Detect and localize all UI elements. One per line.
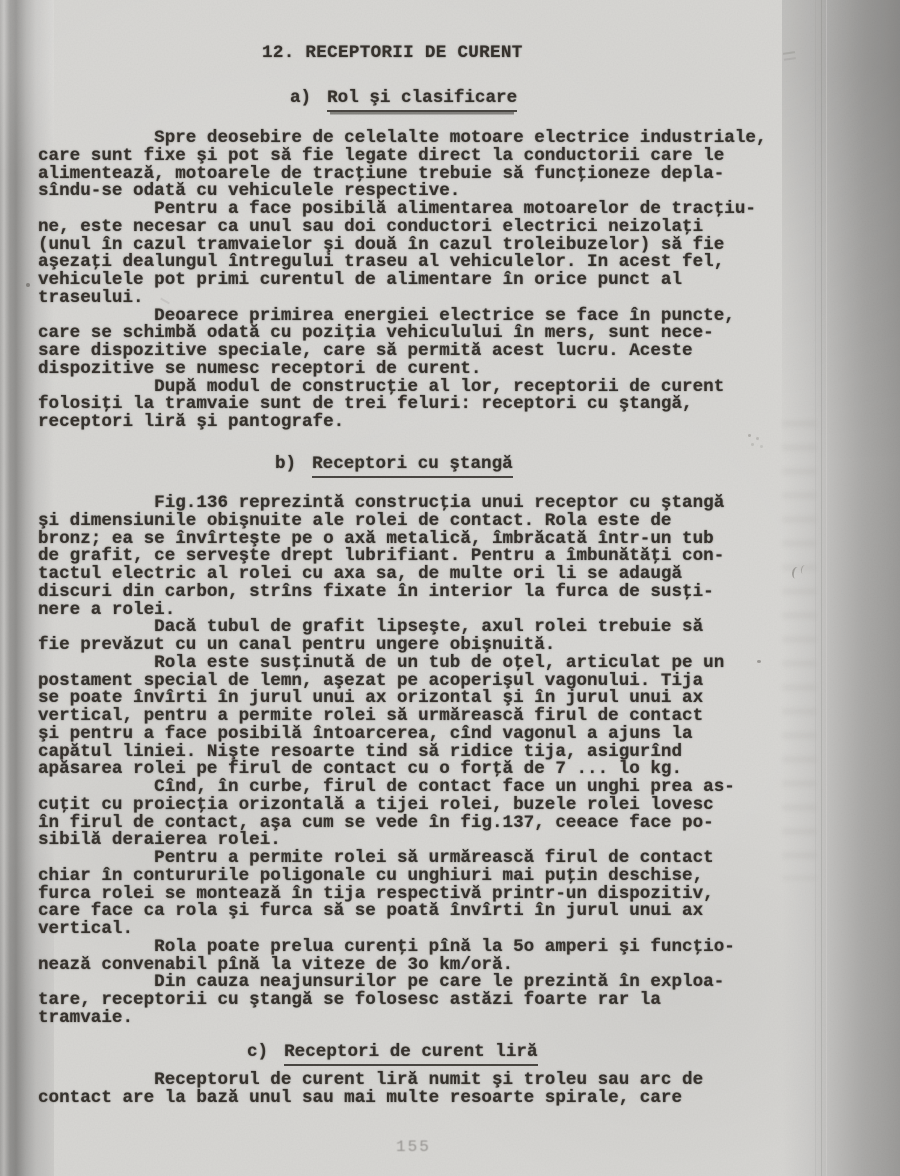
section-b-letter: b)	[275, 454, 296, 474]
section-b-body: Fig.136 reprezintă construcţia unui rece…	[38, 495, 735, 1028]
section-a-letter: a)	[290, 88, 311, 108]
section-b-heading-label: Receptori cu ştangă	[312, 454, 513, 478]
section-c-heading-label: Receptori de curent liră	[284, 1042, 537, 1066]
section-c-body: Receptorul de curent liră numit şi trole…	[38, 1072, 703, 1108]
section-c-heading: c)Receptori de curent liră	[247, 1042, 538, 1062]
section-a-heading: a)Rol şi clasificare	[290, 88, 517, 108]
section-b-heading: b)Receptori cu ştangă	[275, 454, 513, 474]
section-a-body: Spre deosebire de celelalte motoare elec…	[38, 130, 767, 432]
chapter-title: 12. RECEPTORII DE CURENT	[262, 43, 523, 63]
section-a-heading-label: Rol şi clasificare	[327, 88, 517, 112]
section-c-letter: c)	[247, 1042, 268, 1062]
page-number: 155	[396, 1138, 431, 1156]
scanned-page: 12. RECEPTORII DE CURENT a)Rol şi clasif…	[0, 0, 900, 1176]
